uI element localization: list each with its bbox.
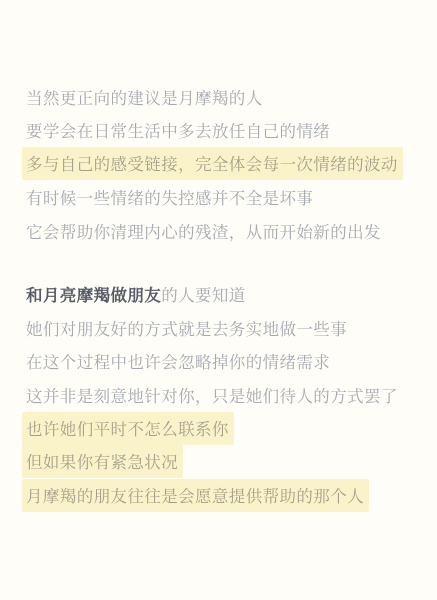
text-line: 它会帮助你清理内心的残渣，从而开始新的出发 [26,214,421,248]
text-segment: 它会帮助你清理内心的残渣，从而开始新的出发 [26,219,381,243]
text-segment: 这并非是刻意地针对你，只是她们待人的方式罢了 [26,383,398,407]
text-line: 当然更正向的建议是月摩羯的人 [26,80,421,114]
text-line: 和月亮摩羯做朋友的人要知道 [26,278,421,312]
text-line: 有时候一些情绪的失控感并不全是坏事 [26,181,421,215]
text-segment: 在这个过程中也许会忽略掉你的情绪需求 [26,349,330,373]
text-line: 也许她们平时不怎么联系你 [26,412,421,446]
paragraph: 和月亮摩羯做朋友的人要知道她们对朋友好的方式就是去务实地做一些事在这个过程中也许… [26,278,421,513]
text-note-page: 当然更正向的建议是月摩羯的人要学会在日常生活中多去放任自己的情绪多与自己的感受链… [0,0,437,512]
text-line: 这并非是刻意地针对你，只是她们待人的方式罢了 [26,378,421,412]
paragraph: 当然更正向的建议是月摩羯的人要学会在日常生活中多去放任自己的情绪多与自己的感受链… [26,80,421,248]
highlighted-text: 多与自己的感受链接，完全体会每一次情绪的波动 [22,147,403,180]
text-segment: 和月亮摩羯做朋友的人要知道 [26,282,246,306]
note-content: 当然更正向的建议是月摩羯的人要学会在日常生活中多去放任自己的情绪多与自己的感受链… [0,0,437,512]
text-line: 她们对朋友好的方式就是去务实地做一些事 [26,311,421,345]
text-segment: 要学会在日常生活中多去放任自己的情绪 [26,118,330,142]
text-segment: 当然更正向的建议是月摩羯的人 [26,85,263,109]
text-line: 要学会在日常生活中多去放任自己的情绪 [26,114,421,148]
text-line: 在这个过程中也许会忽略掉你的情绪需求 [26,345,421,379]
text-line: 月摩羯的朋友往往是会愿意提供帮助的那个人 [26,479,421,513]
text-line: 但如果你有紧急状况 [26,445,421,479]
text-line: 多与自己的感受链接，完全体会每一次情绪的波动 [26,147,421,181]
text-segment: 她们对朋友好的方式就是去务实地做一些事 [26,316,347,340]
bold-lead-text: 和月亮摩羯做朋友 [26,286,161,305]
highlighted-text: 月摩羯的朋友往往是会愿意提供帮助的那个人 [22,479,369,512]
highlighted-text: 也许她们平时不怎么联系你 [22,412,234,445]
highlighted-text: 但如果你有紧急状况 [22,445,183,478]
text-segment: 有时候一些情绪的失控感并不全是坏事 [26,185,313,209]
